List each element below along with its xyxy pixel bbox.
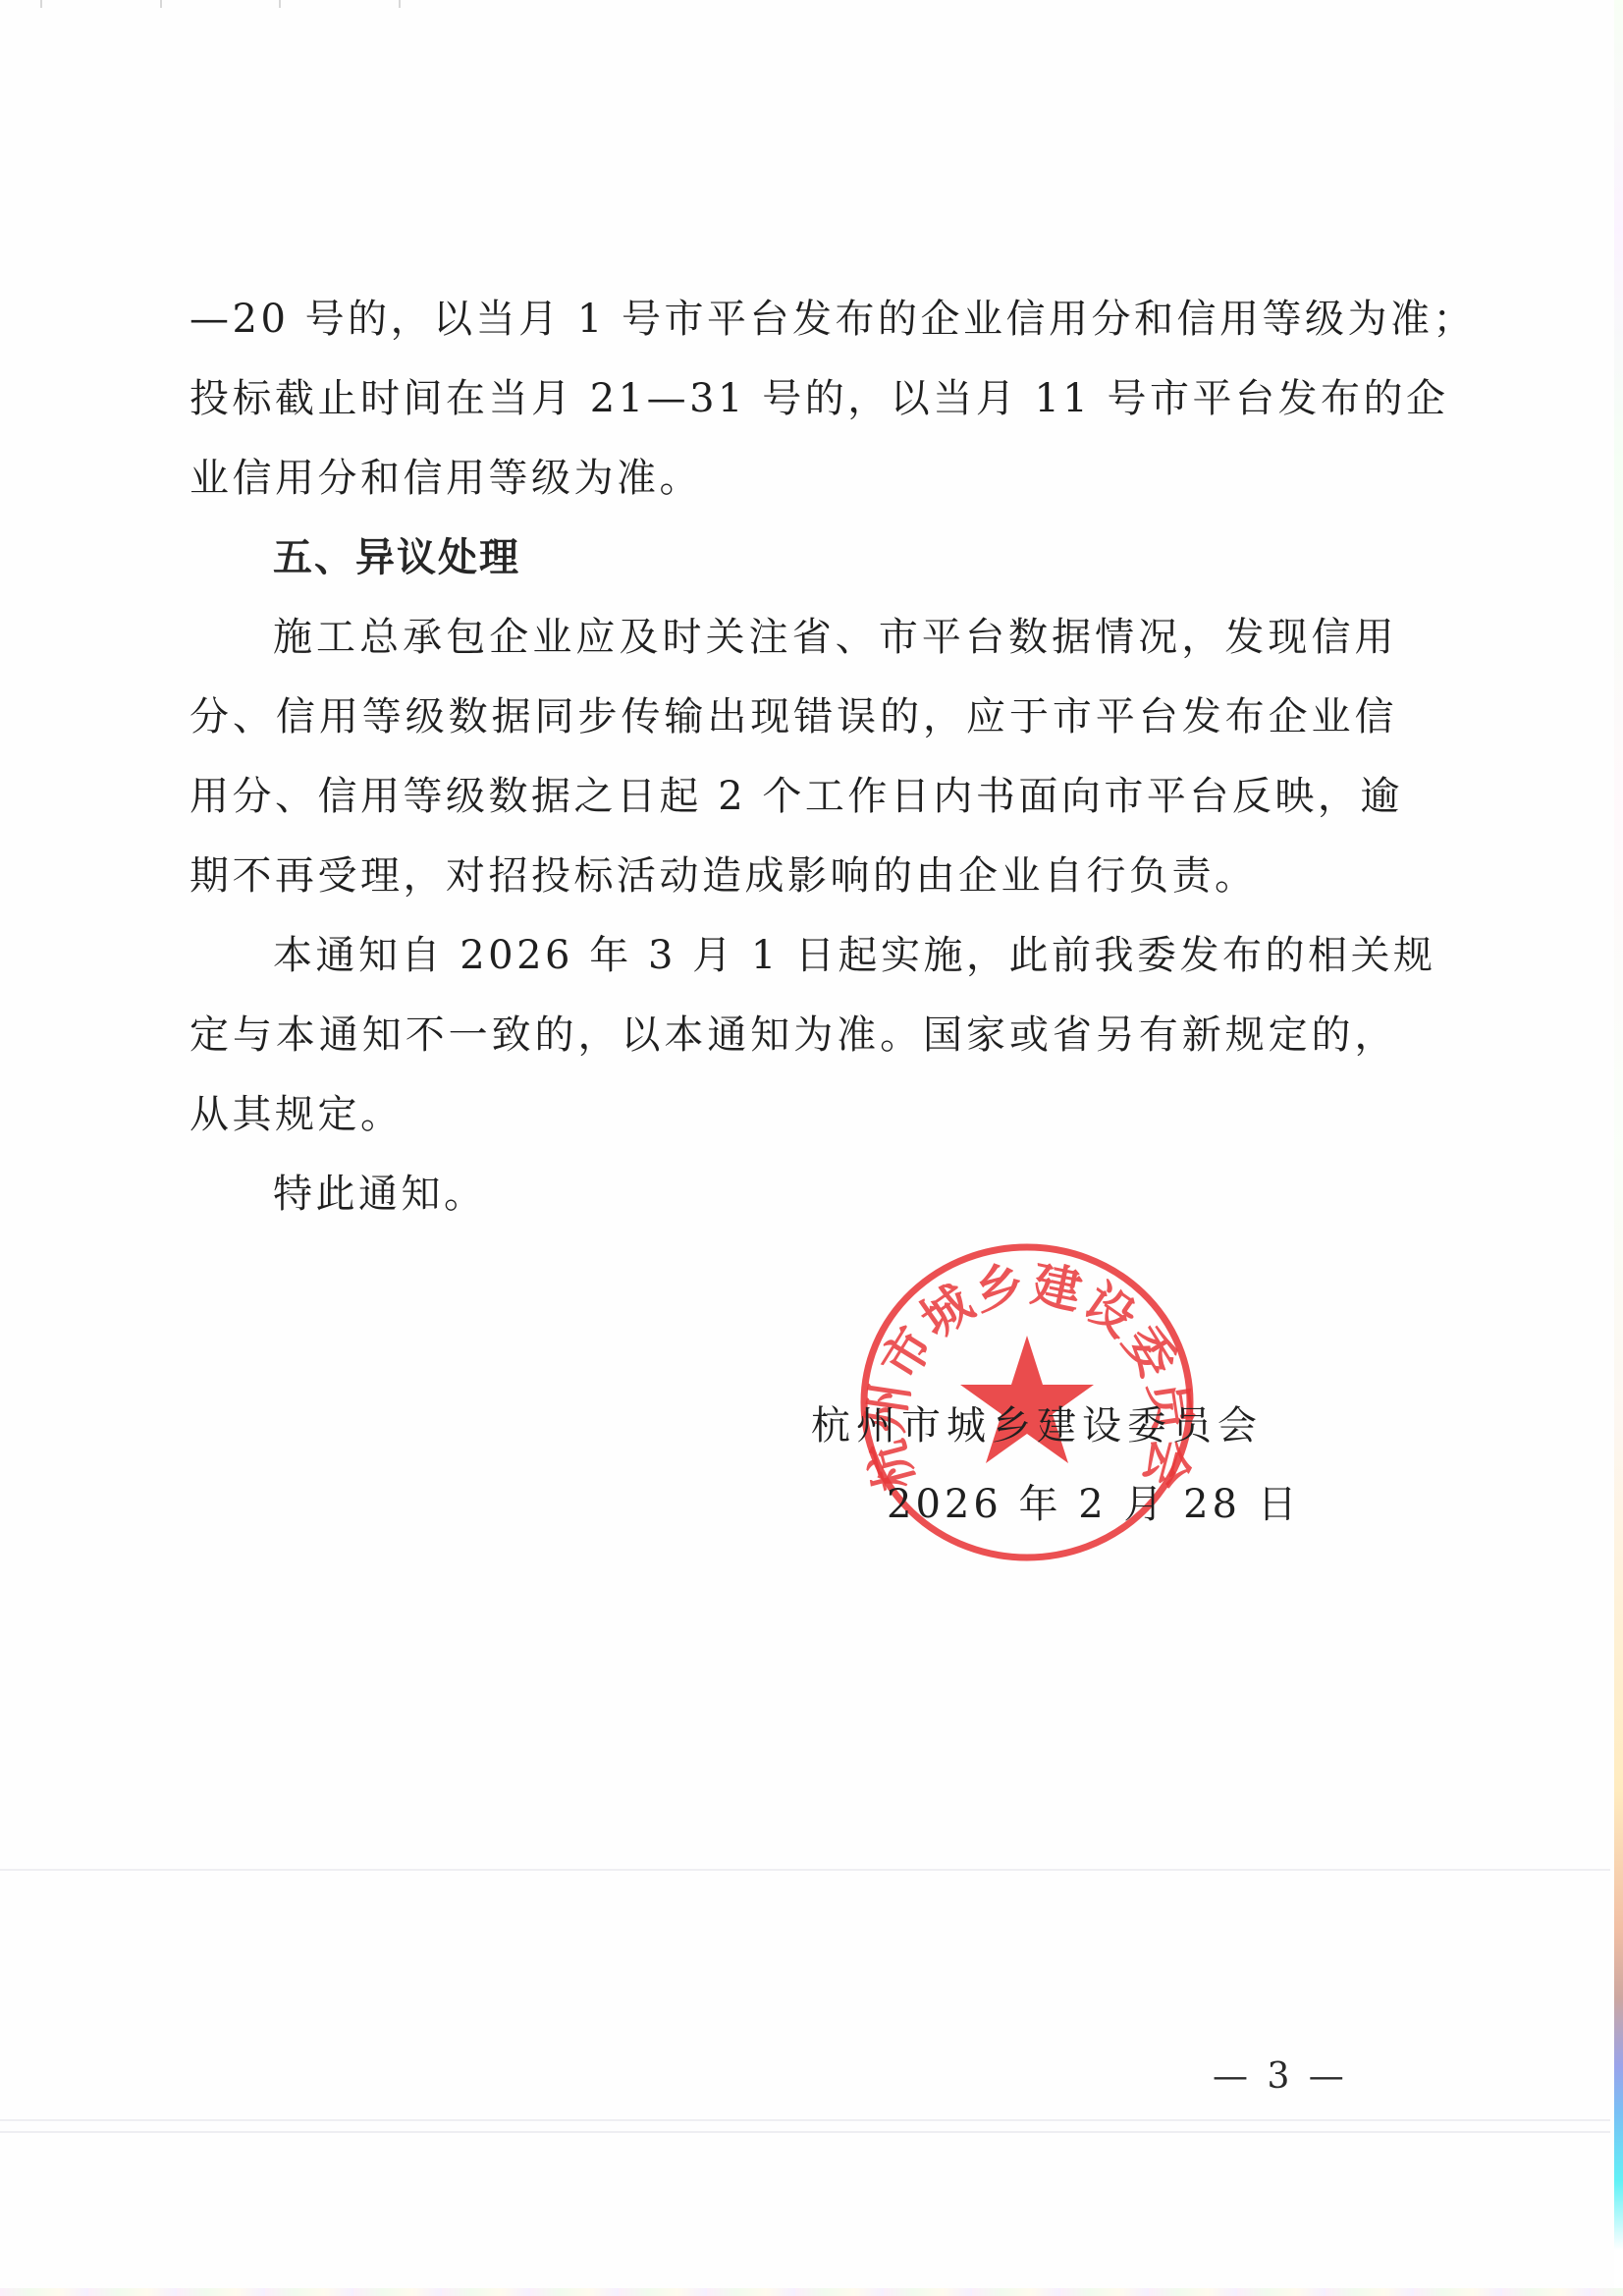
scan-edge-artifact [1614,0,1623,2296]
body-line: 分、信用等级数据同步传输出现错误的，应于市平台发布企业信 [189,692,1397,741]
scan-mark [399,0,401,8]
scan-mark [160,0,162,8]
section-heading: 五、异议处理 [273,533,1397,582]
document-page: —20 号的，以当月 1 号市平台发布的企业信用分和信用等级为准； 投标截止时间… [0,0,1623,2296]
scan-bottom-artifact [0,2288,1623,2296]
seal-text: 杭州市城乡建设委员会 [856,1255,1198,1496]
body-line: 本通知自 2026 年 3 月 1 日起实施，此前我委发布的相关规 [273,931,1397,980]
body-line: 投标截止时间在当月 21—31 号的，以当月 11 号市平台发布的企 [189,374,1397,423]
body-line: —20 号的，以当月 1 号市平台发布的企业信用分和信用等级为准； [189,295,1397,344]
scan-line [0,1869,1610,1871]
svg-text:杭州市城乡建设委员会: 杭州市城乡建设委员会 [856,1255,1198,1496]
body-line: 施工总承包企业应及时关注省、市平台数据情况，发现信用 [273,613,1397,662]
issuer-name: 杭州市城乡建设委员会 [811,1401,1263,1450]
closing-text: 特此通知。 [273,1170,1397,1219]
body-line: 定与本通知不一致的，以本通知为准。国家或省另有新规定的， [189,1011,1397,1060]
scan-line [0,2131,1610,2133]
body-line: 业信用分和信用等级为准。 [189,454,1397,503]
scan-mark [279,0,281,8]
scan-mark [40,0,42,8]
body-line: 期不再受理，对招投标活动造成影响的由企业自行负责。 [189,851,1397,901]
body-line: 从其规定。 [189,1090,1397,1139]
page-number: — 3 — [1213,2055,1348,2099]
issue-date: 2026 年 2 月 28 日 [887,1480,1301,1529]
scan-line [0,2119,1610,2121]
body-line: 用分、信用等级数据之日起 2 个工作日内书面向市平台反映，逾 [189,772,1397,821]
